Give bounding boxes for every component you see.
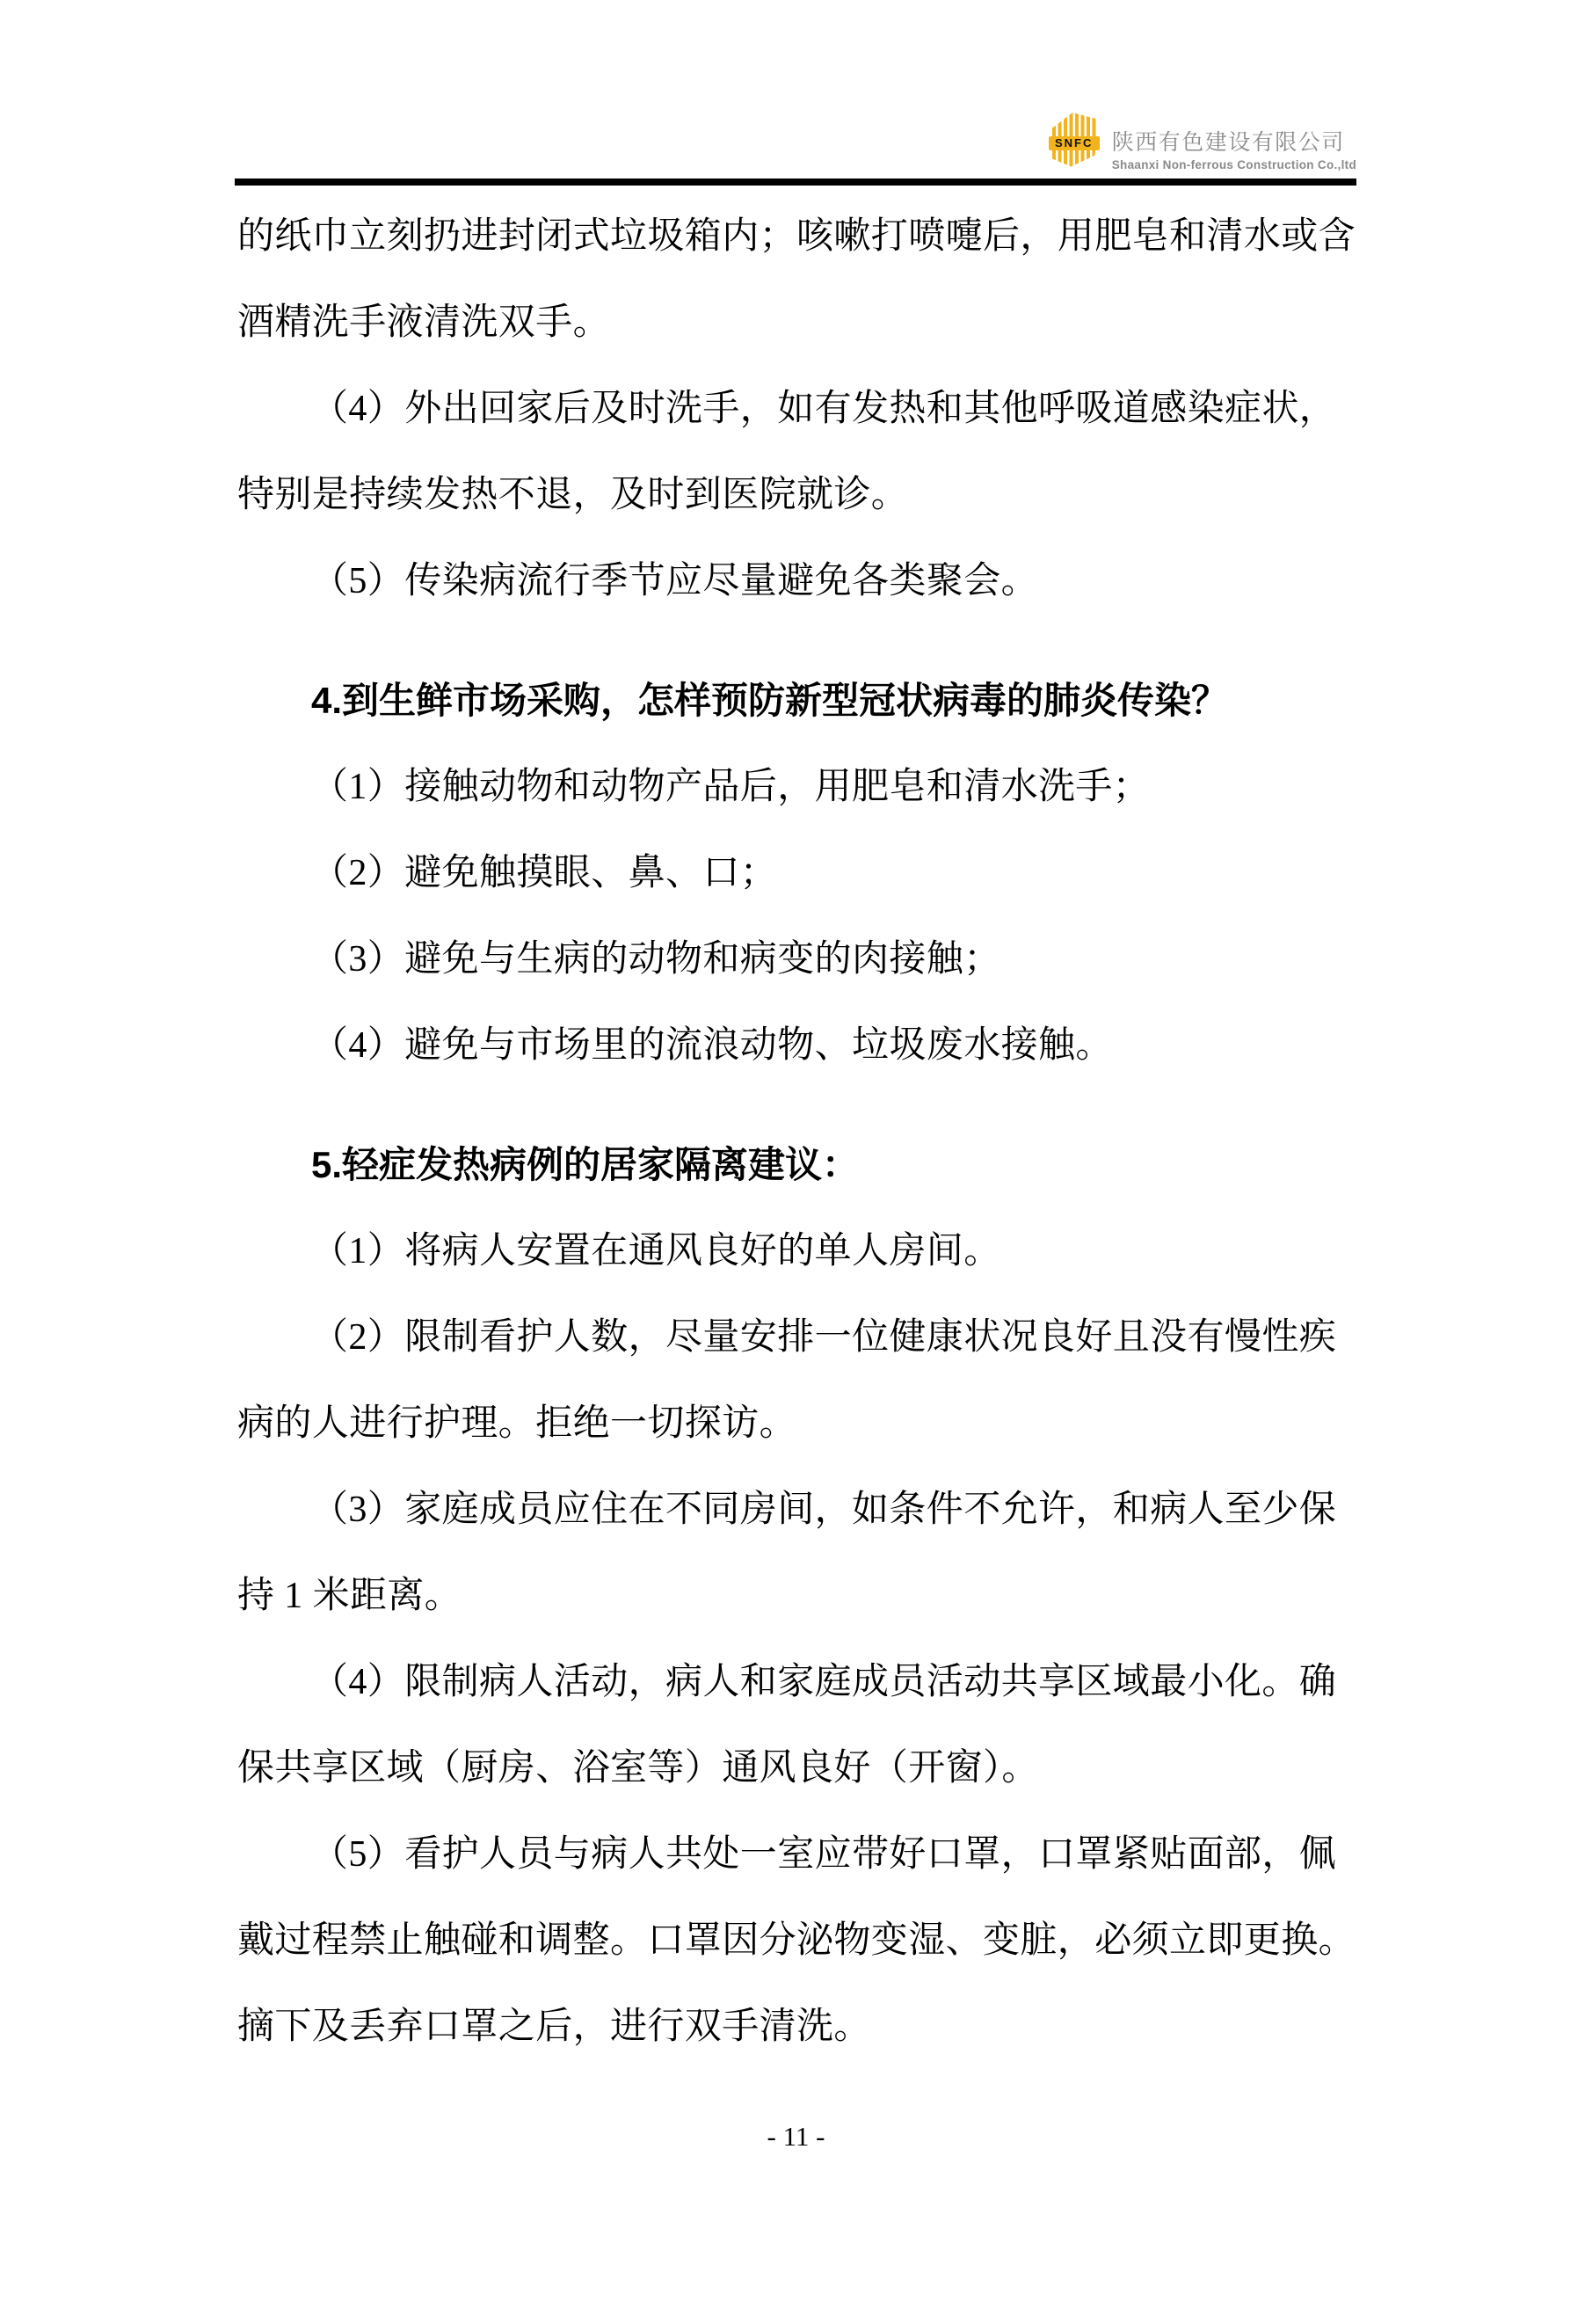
text-line: （2）避免触摸眼、鼻、口； [237, 830, 1367, 916]
text-line: 病的人进行护理。拒绝一切探访。 [237, 1381, 1367, 1467]
section-heading: 4.到生鲜市场采购，怎样预防新型冠状病毒的肺炎传染？ [237, 658, 1367, 744]
logo-abbr: SNFC [1049, 136, 1100, 150]
text-line: （4）外出回家后及时洗手，如有发热和其他呼吸道感染症状， [237, 366, 1367, 452]
company-name-en: Shaanxi Non-ferrous Construction Co.,ltd [1112, 158, 1356, 171]
text-line: （4）限制病人活动，病人和家庭成员活动共享区域最小化。确 [237, 1639, 1367, 1725]
snfc-logo-icon: SNFC [1052, 113, 1098, 169]
text-line: （5）传染病流行季节应尽量避免各类聚会。 [237, 538, 1367, 624]
text-line: （1）接触动物和动物产品后，用肥皂和清水洗手； [237, 744, 1367, 830]
text-line: 保共享区域（厨房、浴室等）通风良好（开窗）。 [237, 1725, 1367, 1811]
text-line: （3）避免与生病的动物和病变的肉接触； [237, 916, 1367, 1002]
text-line: 戴过程禁止触碰和调整。口罩因分泌物变湿、变脏，必须立即更换。 [237, 1898, 1367, 1984]
text-line: （1）将病人安置在通风良好的单人房间。 [237, 1208, 1367, 1294]
section-heading: 5.轻症发热病例的居家隔离建议： [237, 1122, 1367, 1208]
text-line: 特别是持续发热不退，及时到医院就诊。 [237, 452, 1367, 538]
text-line: 酒精洗手液清洗双手。 [237, 280, 1367, 366]
text-line: 持 1 米距离。 [237, 1553, 1367, 1639]
document-body: 的纸巾立刻扔进封闭式垃圾箱内；咳嗽打喷嚏后，用肥皂和清水或含酒精洗手液清洗双手。… [237, 193, 1367, 2070]
page-number: - 11 - [0, 2121, 1592, 2153]
text-line: （3）家庭成员应住在不同房间，如条件不允许，和病人至少保 [237, 1467, 1367, 1553]
text-line: （4）避免与市场里的流浪动物、垃圾废水接触。 [237, 1002, 1367, 1089]
header-divider [235, 178, 1356, 186]
text-line: （5）看护人员与病人共处一室应带好口罩，口罩紧贴面部，佩 [237, 1811, 1367, 1898]
text-line: 的纸巾立刻扔进封闭式垃圾箱内；咳嗽打喷嚏后，用肥皂和清水或含 [237, 193, 1367, 280]
company-logo: SNFC 陕西有色建设有限公司 Shaanxi Non-ferrous Cons… [1052, 113, 1356, 171]
document-page: SNFC 陕西有色建设有限公司 Shaanxi Non-ferrous Cons… [0, 0, 1592, 2324]
text-line: 摘下及丢弃口罩之后，进行双手清洗。 [237, 1984, 1367, 2070]
text-line: （2）限制看护人数，尽量安排一位健康状况良好且没有慢性疾 [237, 1294, 1367, 1381]
company-names: 陕西有色建设有限公司 Shaanxi Non-ferrous Construct… [1112, 131, 1356, 171]
company-name-zh: 陕西有色建设有限公司 [1112, 131, 1345, 154]
